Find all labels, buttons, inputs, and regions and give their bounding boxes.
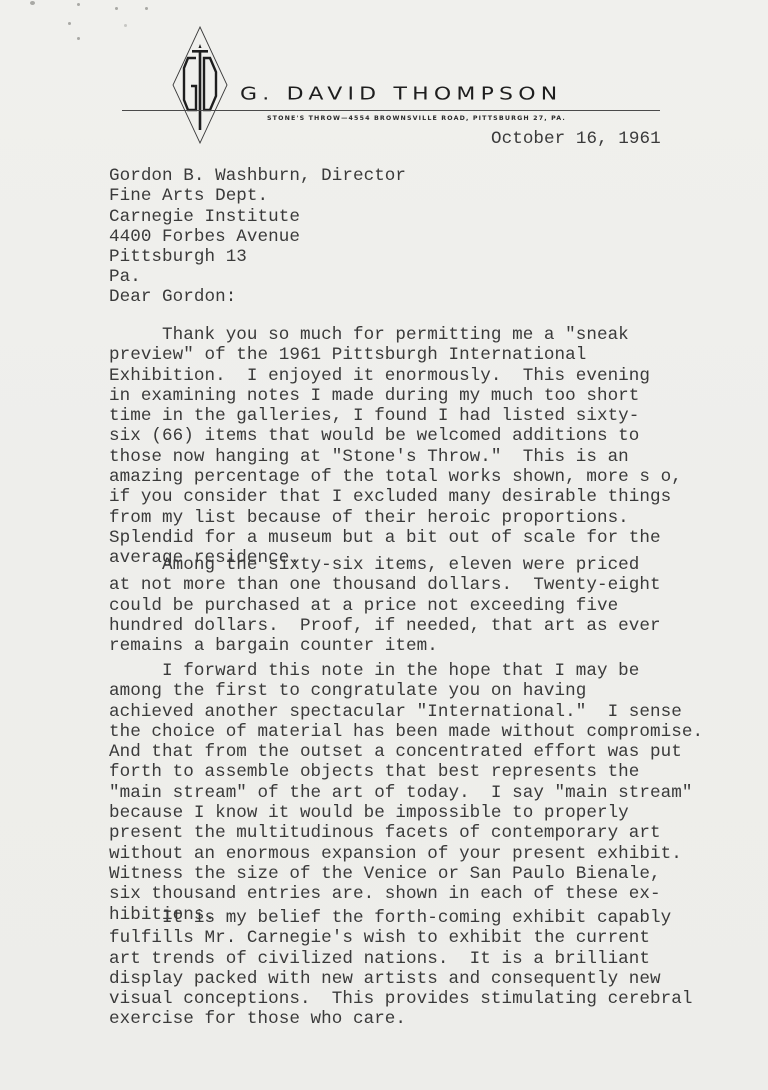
gtd-monogram-logo-icon (172, 26, 228, 144)
paragraph-line: amazing percentage of the total works sh… (109, 467, 682, 487)
paper-speck (77, 37, 80, 40)
inside-address-line: Pittsburgh 13 (109, 247, 406, 267)
paragraph-line: Thank you so much for permitting me a "s… (109, 325, 682, 345)
paragraph-line: without an enormous expansion of your pr… (109, 844, 703, 864)
paragraph-line: six thousand entries are. shown in each … (109, 884, 703, 904)
paper-speck (77, 3, 80, 6)
paragraph-line: display packed with new artists and cons… (109, 969, 692, 989)
paragraph-line: those now hanging at "Stone's Throw." Th… (109, 447, 682, 467)
paragraph-line: six (66) items that would be welcomed ad… (109, 426, 682, 446)
paragraph-line: time in the galleries, I found I had lis… (109, 406, 682, 426)
letterhead-rule (122, 110, 660, 111)
salutation: Dear Gordon: (109, 287, 236, 307)
paragraph-line: hundred dollars. Proof, if needed, that … (109, 616, 661, 636)
paragraph-line: from my list because of their heroic pro… (109, 508, 682, 528)
paper-speck (124, 24, 127, 27)
paper-speck (68, 22, 71, 25)
inside-address-line: Fine Arts Dept. (109, 186, 406, 206)
paragraph-line: Witness the size of the Venice or San Pa… (109, 864, 703, 884)
paragraph-line: visual conceptions. This provides stimul… (109, 989, 692, 1009)
paragraph-line: exercise for those who care. (109, 1009, 692, 1029)
paragraph-line: I forward this note in the hope that I m… (109, 661, 703, 681)
paragraph-line: at not more than one thousand dollars. T… (109, 575, 661, 595)
inside-address-line: Gordon B. Washburn, Director (109, 166, 406, 186)
body-paragraph: Among the sixty-six items, eleven were p… (109, 555, 661, 656)
paragraph-line: the choice of material has been made wit… (109, 722, 703, 742)
paragraph-line: And that from the outset a concentrated … (109, 742, 703, 762)
inside-address-line: Carnegie Institute (109, 207, 406, 227)
paragraph-line: art trends of civilized nations. It is a… (109, 949, 692, 969)
paragraph-line: present the multitudinous facets of cont… (109, 823, 703, 843)
paragraph-line: remains a bargain counter item. (109, 636, 661, 656)
letterhead-name: G. DAVID THOMPSON (240, 84, 562, 105)
paragraph-line: Among the sixty-six items, eleven were p… (109, 555, 661, 575)
paper-speck (115, 7, 118, 10)
paper-speck (30, 1, 35, 5)
body-paragraph: Thank you so much for permitting me a "s… (109, 325, 682, 569)
paragraph-line: because I know it would be impossible to… (109, 803, 703, 823)
paragraph-line: Exhibition. I enjoyed it enormously. Thi… (109, 366, 682, 386)
inside-address: Gordon B. Washburn, DirectorFine Arts De… (109, 166, 406, 288)
paragraph-line: achieved another spectacular "Internatio… (109, 702, 703, 722)
paragraph-line: forth to assemble objects that best repr… (109, 762, 703, 782)
paragraph-line: among the first to congratulate you on h… (109, 681, 703, 701)
paragraph-line: It is my belief the forth-coming exhibit… (109, 908, 692, 928)
paragraph-line: could be purchased at a price not exceed… (109, 596, 661, 616)
letter-date: October 16, 1961 (491, 129, 661, 149)
inside-address-line: Pa. (109, 267, 406, 287)
paragraph-line: preview" of the 1961 Pittsburgh Internat… (109, 345, 682, 365)
letterhead-address: STONE'S THROW—4554 BROWNSVILLE ROAD, PIT… (267, 115, 566, 122)
body-paragraph: I forward this note in the hope that I m… (109, 661, 703, 925)
paragraph-line: "main stream" of the art of today. I say… (109, 783, 703, 803)
paragraph-line: Splendid for a museum but a bit out of s… (109, 528, 682, 548)
paragraph-line: if you consider that I excluded many des… (109, 487, 682, 507)
body-paragraph: It is my belief the forth-coming exhibit… (109, 908, 692, 1030)
inside-address-line: 4400 Forbes Avenue (109, 227, 406, 247)
letter-page: G. DAVID THOMPSON STONE'S THROW—4554 BRO… (0, 0, 768, 1090)
paragraph-line: in examining notes I made during my much… (109, 386, 682, 406)
paragraph-line: fulfills Mr. Carnegie's wish to exhibit … (109, 928, 692, 948)
paper-speck (145, 7, 148, 10)
